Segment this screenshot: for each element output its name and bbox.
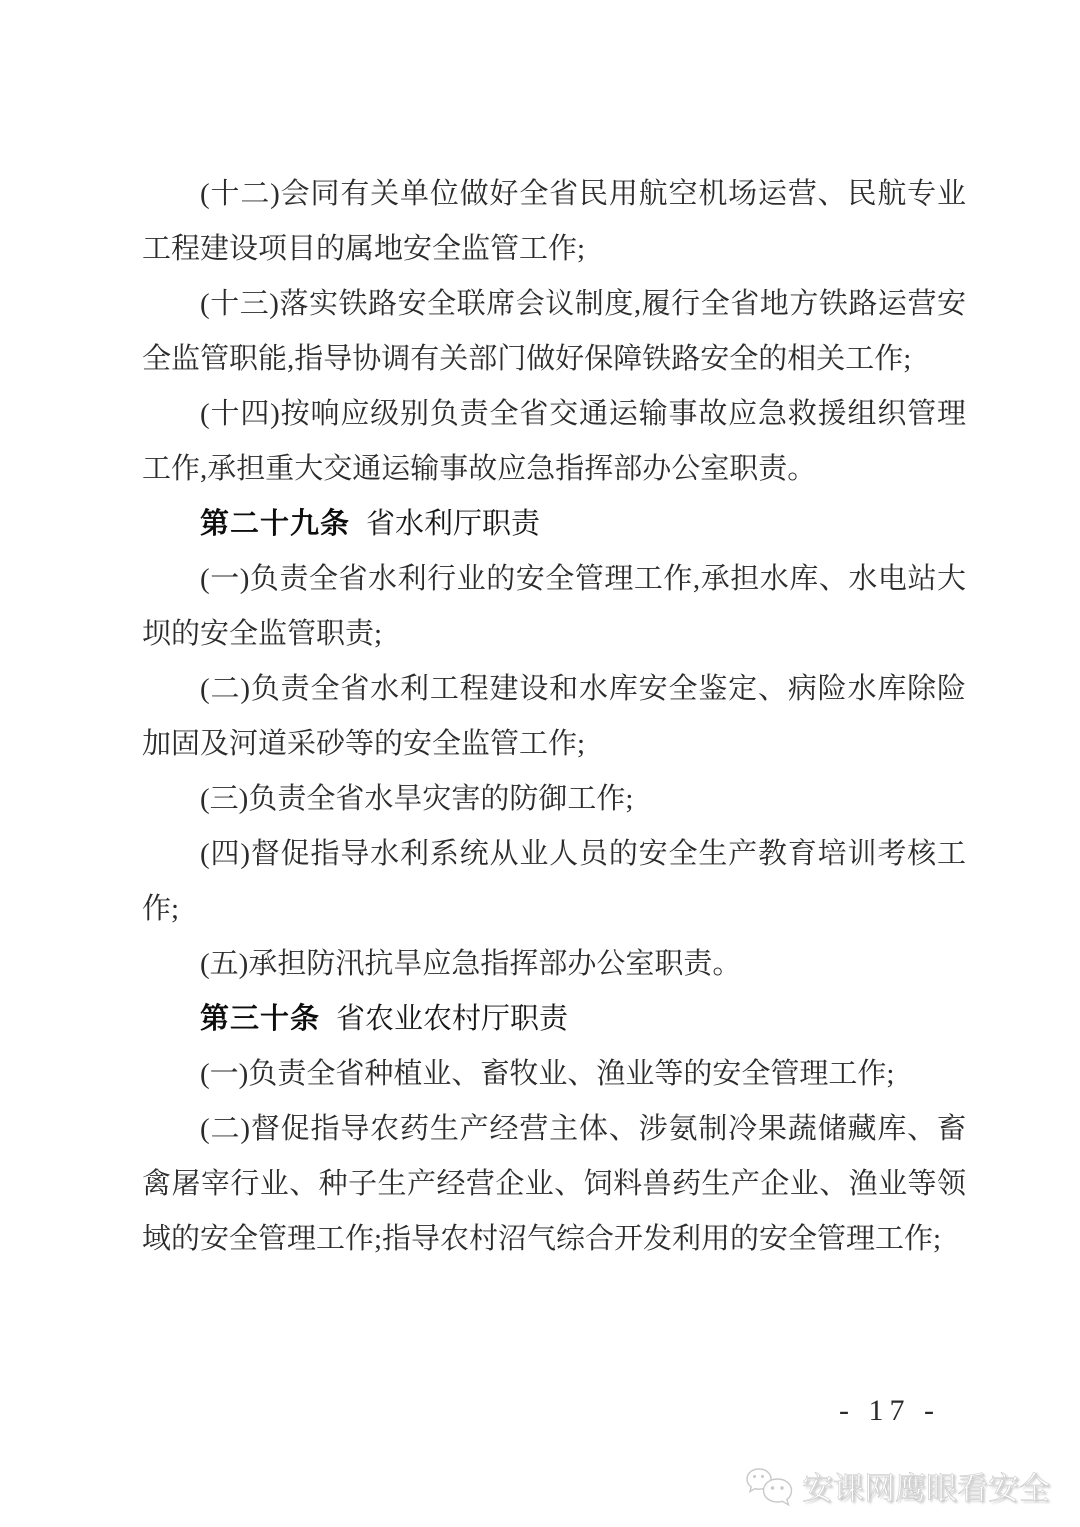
document-page: (十二)会同有关单位做好全省民用航空机场运营、民航专业工程建设项目的属地安全监管…: [0, 0, 1080, 1527]
paragraph-item-agri-1: (一)负责全省种植业、畜牧业、渔业等的安全管理工作;: [142, 1047, 966, 1102]
paragraph-item-14: (十四)按响应级别负责全省交通运输事故应急救援组织管理工作,承担重大交通运输事故…: [142, 387, 966, 497]
paragraph-item-4: (四)督促指导水利系统从业人员的安全生产教育培训考核工作;: [142, 827, 966, 937]
paragraph-item-13: (十三)落实铁路安全联席会议制度,履行全省地方铁路运营安全监管职能,指导协调有关…: [142, 277, 966, 387]
page-number: - 17 -: [839, 1391, 940, 1431]
paragraph-item-1: (一)负责全省水利行业的安全管理工作,承担水库、水电站大坝的安全监管职责;: [142, 552, 966, 662]
watermark-footer: 安课网鹰眼看安全: [744, 1467, 1050, 1511]
article-title: 省农业农村厅职责: [336, 1003, 568, 1035]
paragraph-item-5: (五)承担防汛抗旱应急指挥部办公室职责。: [142, 937, 966, 992]
article-number: 第二十九条: [200, 508, 350, 540]
paragraph-item-agri-2: (二)督促指导农药生产经营主体、涉氨制冷果蔬储藏库、畜禽屠宰行业、种子生产经营企…: [142, 1102, 966, 1267]
article-heading-29: 第二十九条省水利厅职责: [142, 497, 966, 552]
paragraph-item-2: (二)负责全省水利工程建设和水库安全鉴定、病险水库除险加固及河道采砂等的安全监管…: [142, 662, 966, 772]
article-number: 第三十条: [200, 1003, 320, 1035]
watermark-text: 安课网鹰眼看安全: [802, 1467, 1050, 1511]
wechat-icon: [744, 1467, 796, 1511]
paragraph-item-12: (十二)会同有关单位做好全省民用航空机场运营、民航专业工程建设项目的属地安全监管…: [142, 167, 966, 277]
article-title: 省水利厅职责: [366, 508, 540, 540]
paragraph-item-3: (三)负责全省水旱灾害的防御工作;: [142, 772, 966, 827]
document-body: (十二)会同有关单位做好全省民用航空机场运营、民航专业工程建设项目的属地安全监管…: [142, 167, 966, 1267]
article-heading-30: 第三十条省农业农村厅职责: [142, 992, 966, 1047]
